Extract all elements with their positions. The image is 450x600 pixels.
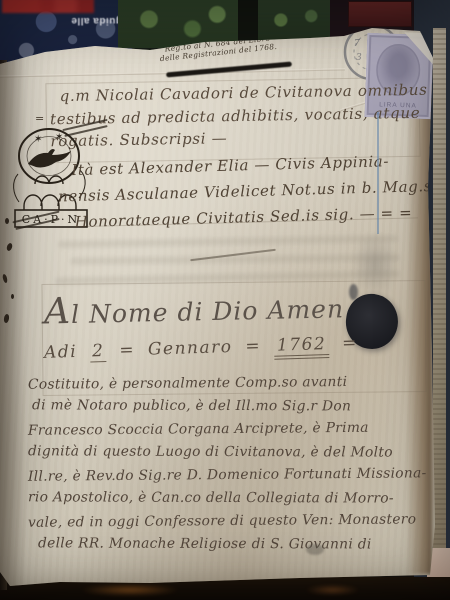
body-line: di mè Notaro publico, è del Ill.mo Sig.r… [28, 394, 434, 418]
postmark-digit-2: 3 [356, 53, 362, 63]
small-stain [306, 544, 324, 555]
body-line: Francesco Scoccia Corgana Arciprete, è P… [28, 416, 434, 443]
ember-glint [80, 584, 180, 596]
invocation-heading: Al Nome di Dio Amen — [44, 284, 385, 332]
foliage-photo-2 [258, 0, 334, 40]
date-month: Gennaro [148, 337, 233, 360]
seal-star-icon: ✶ [34, 134, 42, 145]
date-sep: = [119, 340, 135, 360]
body-line: delle RR. Monache Religiose di S. Giovan… [28, 532, 434, 556]
margin-ink-dot [6, 242, 13, 251]
date-year: 1762 [274, 334, 330, 360]
date-day: 2 [90, 341, 107, 363]
manuscript-page: Reg.to al N. 684 del Libro delle Registr… [0, 26, 440, 588]
date-sep: = [245, 336, 261, 356]
body-line: rio Apostolico, è Can.co della Collegiat… [28, 486, 434, 510]
show-through-text [70, 254, 400, 264]
blue-pen-line [377, 112, 379, 234]
margin-ink-dot [5, 218, 9, 224]
margin-ink-dot [11, 294, 14, 299]
seal-bird-icon [28, 149, 71, 167]
foliage-photo [118, 0, 242, 48]
ita-est-attestation: Ità est Alexander Elia — Civis Appinia- … [71, 147, 437, 235]
book-cover-maroon-patch [348, 1, 412, 27]
margin-ink-dot [2, 274, 8, 284]
seal-star-icon-2: ✶ [55, 132, 63, 143]
body-line: dignità di questo Luogo di Civitanova, è… [28, 440, 434, 464]
ember-glint-2 [305, 585, 360, 595]
book-cover-title: guida alle [52, 10, 122, 26]
body-paragraph: Costituito, è personalmente Comp.so avan… [28, 372, 434, 556]
margin-ink-dot [3, 314, 9, 324]
photo-frame: guida alle Reg.to al N. 684 del Libro de… [0, 0, 450, 600]
date-sep: = [342, 333, 358, 353]
book-page-edge [433, 28, 446, 552]
body-line: Ill.re, è Rev.do Sig.re D. Domenico Fort… [28, 462, 434, 489]
date-prefix: Adi [44, 342, 78, 363]
postmark-digit: 7 [354, 39, 360, 49]
body-line: vale, ed in oggi Confessore di questo Ve… [28, 508, 434, 535]
body-line: Costituito, è personalmente Comp.so avan… [28, 370, 434, 397]
